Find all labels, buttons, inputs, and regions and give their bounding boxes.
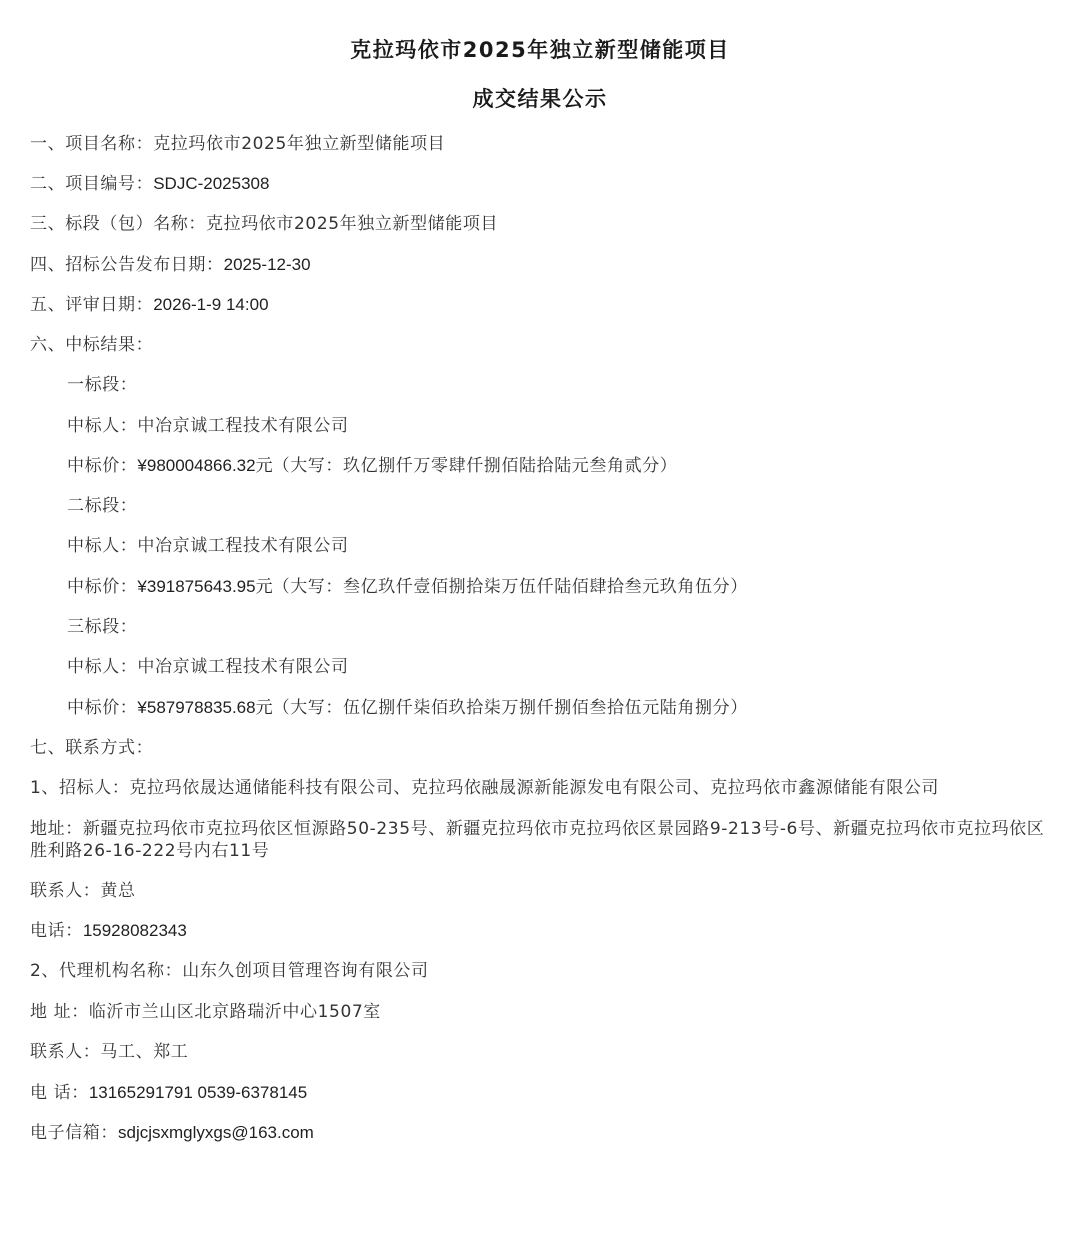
lot-2-price: ¥391875643.95元 (137, 577, 272, 596)
lot-2-price-words: （大写：叁亿玖仟壹佰捌拾柒万伍仟陆佰肆拾叁元玖角伍分） (273, 577, 748, 597)
lot-3-price-label: 中标价： (67, 698, 137, 718)
agency-address: 临沂市兰山区北京路瑞沂中心1507室 (89, 1002, 381, 1022)
agency-contact-label: 联系人： (30, 1042, 100, 1062)
project-name-label: 一、项目名称： (30, 134, 153, 154)
document-title: 克拉玛依市2025年独立新型储能项目 (0, 36, 1080, 64)
lot-3-name: 三标段： (67, 616, 137, 638)
tenderer-address: 新疆克拉玛依市克拉玛依区恒源路50-235号、新疆克拉玛依市克拉玛依区景园路9-… (30, 819, 1044, 861)
lot-3-winner-label: 中标人： (67, 657, 137, 677)
project-number-row: 二、项目编号：SDJC-2025308 (30, 173, 269, 195)
lot-1-winner: 中冶京诚工程技术有限公司 (137, 416, 348, 436)
project-name-value: 克拉玛依市2025年独立新型储能项目 (153, 134, 445, 154)
lot-1-price-row: 中标价：¥980004866.32元（大写：玖亿捌仟万零肆仟捌佰陆拾陆元叁角贰分… (67, 455, 677, 477)
lot-2-price-row: 中标价：¥391875643.95元（大写：叁亿玖仟壹佰捌拾柒万伍仟陆佰肆拾叁元… (67, 576, 748, 598)
lot-3-winner: 中冶京诚工程技术有限公司 (137, 657, 348, 677)
tenderer-label: 1、招标人： (30, 778, 129, 798)
lot-3-winner-row: 中标人：中冶京诚工程技术有限公司 (67, 656, 349, 678)
tenderer-phone: 15928082343 (83, 921, 187, 940)
lot-1-winner-row: 中标人：中冶京诚工程技术有限公司 (67, 415, 349, 437)
tenderer-row: 1、招标人：克拉玛依晟达通储能科技有限公司、克拉玛依融晟源新能源发电有限公司、克… (30, 777, 939, 799)
lot-2-winner: 中冶京诚工程技术有限公司 (137, 536, 348, 556)
project-number-value: SDJC-2025308 (153, 174, 269, 193)
lot-1-price: ¥980004866.32元 (137, 456, 272, 475)
announcement-date-label: 四、招标公告发布日期： (30, 255, 224, 275)
lot-1-price-label: 中标价： (67, 456, 137, 476)
agency-row: 2、代理机构名称：山东久创项目管理咨询有限公司 (30, 960, 429, 982)
project-name-row: 一、项目名称：克拉玛依市2025年独立新型储能项目 (30, 133, 445, 155)
lot-name-value: 克拉玛依市2025年独立新型储能项目 (206, 214, 498, 234)
lot-2-name: 二标段： (67, 495, 137, 517)
lot-2-winner-label: 中标人： (67, 536, 137, 556)
announcement-date-row: 四、招标公告发布日期：2025-12-30 (30, 254, 311, 276)
tenderer-address-label: 地址： (30, 819, 83, 839)
lot-2-price-label: 中标价： (67, 577, 137, 597)
document-subtitle: 成交结果公示 (0, 85, 1080, 113)
lot-name-row: 三、标段（包）名称：克拉玛依市2025年独立新型储能项目 (30, 213, 498, 235)
agency-label: 2、代理机构名称： (30, 961, 182, 981)
agency-address-row: 地 址：临沂市兰山区北京路瑞沂中心1507室 (30, 1001, 381, 1023)
lot-2-winner-row: 中标人：中冶京诚工程技术有限公司 (67, 535, 349, 557)
agency-phone-row: 电 话：13165291791 0539-6378145 (30, 1082, 307, 1104)
tenderer-address-row: 地址：新疆克拉玛依市克拉玛依区恒源路50-235号、新疆克拉玛依市克拉玛依区景园… (30, 818, 1050, 862)
project-number-label: 二、项目编号： (30, 174, 153, 194)
agency-email-row: 电子信箱：sdjcjsxmglyxgs@163.com (30, 1122, 314, 1144)
agency-phone-label: 电 话： (30, 1083, 89, 1103)
review-date-value: 2026-1-9 14:00 (153, 295, 268, 314)
announcement-date-value: 2025-12-30 (224, 255, 311, 274)
tenderer-value: 克拉玛依晟达通储能科技有限公司、克拉玛依融晟源新能源发电有限公司、克拉玛依市鑫源… (129, 778, 939, 798)
tenderer-phone-label: 电话： (30, 921, 83, 941)
agency-contact-person: 马工、郑工 (100, 1042, 188, 1062)
tenderer-contact-label: 联系人： (30, 881, 100, 901)
contact-heading: 七、联系方式： (30, 737, 153, 759)
agency-value: 山东久创项目管理咨询有限公司 (182, 961, 428, 981)
tenderer-contact-person: 黄总 (100, 881, 135, 901)
results-heading: 六、中标结果： (30, 334, 153, 356)
lot-3-price: ¥587978835.68元 (137, 698, 272, 717)
lot-1-name: 一标段： (67, 374, 137, 396)
lot-3-price-row: 中标价：¥587978835.68元（大写：伍亿捌仟柒佰玖拾柒万捌仟捌佰叁拾伍元… (67, 697, 748, 719)
agency-email[interactable]: sdjcjsxmglyxgs@163.com (118, 1123, 314, 1142)
agency-email-label: 电子信箱： (30, 1123, 118, 1143)
agency-contact-row: 联系人：马工、郑工 (30, 1041, 188, 1063)
agency-address-label: 地 址： (30, 1002, 89, 1022)
lot-name-label: 三、标段（包）名称： (30, 214, 206, 234)
tenderer-contact-row: 联系人：黄总 (30, 880, 136, 902)
lot-1-price-words: （大写：玖亿捌仟万零肆仟捌佰陆拾陆元叁角贰分） (273, 456, 678, 476)
agency-phone: 13165291791 0539-6378145 (89, 1083, 307, 1102)
lot-1-winner-label: 中标人： (67, 416, 137, 436)
review-date-label: 五、评审日期： (30, 295, 153, 315)
tenderer-phone-row: 电话：15928082343 (30, 920, 187, 942)
review-date-row: 五、评审日期：2026-1-9 14:00 (30, 294, 269, 316)
lot-3-price-words: （大写：伍亿捌仟柒佰玖拾柒万捌仟捌佰叁拾伍元陆角捌分） (273, 698, 748, 718)
